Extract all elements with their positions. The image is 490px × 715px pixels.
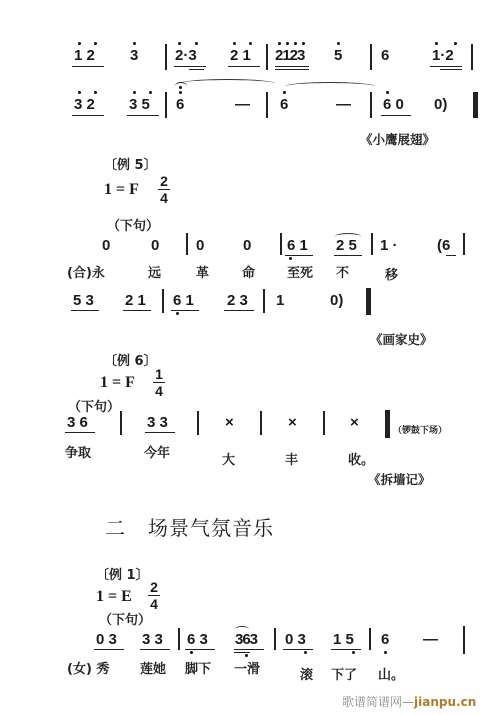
high-octave-dot (233, 42, 236, 45)
lyric: (女) 秀 (67, 658, 109, 677)
barline (120, 411, 122, 435)
note-group: 2 1 (125, 293, 146, 309)
note: 6 (381, 48, 389, 64)
note-group: 2 3 (227, 293, 248, 309)
end-barline (473, 92, 478, 118)
barline (323, 411, 325, 435)
lyric: 至死 (287, 262, 313, 281)
underline (446, 255, 456, 256)
note: 1 · (380, 238, 398, 254)
underline (275, 66, 309, 67)
note: 5 (334, 48, 342, 64)
high-octave-dot (283, 91, 286, 94)
lyric: 脚下 (185, 658, 211, 677)
dash: — (423, 632, 438, 648)
underline (171, 310, 199, 311)
source-title: 《小鹰展翅》 (360, 130, 435, 148)
lyric: (合)永 (67, 262, 105, 281)
barline (463, 626, 465, 654)
barline (260, 411, 262, 435)
barline (280, 233, 282, 255)
example-label: 〔例 5〕 (104, 154, 157, 173)
lyric: 移 (385, 264, 398, 283)
rest-mark: × (225, 415, 234, 431)
high-octave-dot (337, 42, 340, 45)
time-signature: 1 4 (153, 367, 165, 398)
tie-arc (180, 79, 275, 88)
note-group: 3 3 (142, 632, 163, 648)
lyric: 山。 (378, 664, 404, 683)
key-signature: 1 = F (100, 374, 135, 392)
lyric: 争取 (65, 442, 91, 461)
high-octave-dot (178, 42, 181, 45)
note: 1 (276, 293, 284, 309)
example-label: 〔例 6〕 (104, 350, 157, 369)
watermark-domain: jianpu.cn (414, 695, 476, 709)
underline (145, 432, 175, 433)
high-octave-dot (454, 42, 457, 45)
barline (266, 92, 268, 118)
rest-mark: × (350, 415, 359, 431)
underline (275, 69, 309, 70)
note-group: 2·3 (175, 48, 197, 64)
underline (234, 649, 264, 650)
key-signature: 1 = E (96, 588, 132, 606)
rest-mark: × (288, 415, 297, 431)
lyric: 革 (196, 262, 209, 281)
note: 6 (176, 97, 184, 113)
note: 0) (434, 97, 447, 113)
lyric: 今年 (144, 442, 170, 461)
section-title: 场景气氛音乐 (148, 512, 274, 541)
time-sig-top: 1 (153, 367, 165, 381)
dash: — (336, 97, 351, 113)
barline (274, 628, 276, 650)
lyric: 丰 (285, 449, 298, 468)
barline (471, 44, 473, 70)
high-octave-dot (302, 42, 305, 45)
note: 6 (381, 632, 389, 648)
note: 6 (280, 97, 288, 113)
end-barline (385, 410, 390, 438)
underline (283, 649, 313, 650)
barline (162, 289, 164, 313)
source-title: 《画家史》 (370, 330, 433, 348)
lyric: 收。 (348, 449, 374, 468)
note-group: 3 6 (67, 415, 88, 431)
note-group: 363 (235, 632, 257, 648)
key-signature: 1 = F (104, 181, 139, 199)
lyric: 不 (336, 262, 349, 281)
note-group: 3 3 (147, 415, 168, 431)
phrase-label: （下句） (107, 215, 159, 234)
barline (370, 44, 372, 70)
note-group: 0 3 (285, 632, 306, 648)
source-title: 《拆墙记》 (368, 470, 431, 488)
high-octave-dot (78, 91, 81, 94)
low-octave-dot (289, 257, 292, 260)
high-octave-dot (78, 42, 81, 45)
note-group: 3 2 (74, 97, 95, 113)
lyric: 命 (242, 262, 255, 281)
high-octave-dot (179, 91, 182, 94)
underline (234, 652, 250, 653)
dash: — (235, 97, 250, 113)
section-number: 二 (105, 512, 126, 541)
note-group: 1·2 (432, 48, 454, 64)
high-octave-dot (435, 42, 438, 45)
underline (185, 649, 215, 650)
lyric: 下了 (331, 664, 357, 683)
underline (189, 69, 204, 70)
note-group: 6 1 (173, 293, 194, 309)
underline (140, 649, 170, 650)
note-group: 2123 (275, 48, 304, 64)
underline (71, 310, 99, 311)
underline (72, 66, 104, 67)
note-group: 6 3 (187, 632, 208, 648)
note: 0 (243, 238, 251, 254)
underline (331, 649, 361, 650)
watermark: 歌谱简谱网—jianpu.cn (342, 693, 476, 710)
barline (263, 289, 265, 313)
tie-arc (285, 82, 375, 91)
time-signature: 2 4 (158, 174, 170, 205)
high-octave-dot (286, 42, 289, 45)
note-group: 1 5 (333, 632, 354, 648)
barline (165, 92, 167, 118)
barline (178, 628, 180, 650)
underline (334, 255, 362, 256)
high-octave-dot (195, 42, 198, 45)
lyric: 莲她 (140, 658, 166, 677)
barline (165, 44, 167, 70)
lyric: 远 (148, 262, 161, 281)
low-octave-dot (384, 651, 387, 654)
end-barline (366, 288, 371, 315)
low-octave-dot (304, 651, 307, 654)
lyric: 大 (222, 449, 235, 468)
high-octave-dot (294, 42, 297, 45)
low-octave-dot (245, 654, 248, 657)
time-sig-bottom: 4 (158, 191, 170, 205)
note-group: 2 1 (230, 48, 251, 64)
time-sig-top: 2 (148, 580, 160, 594)
underline (72, 115, 104, 116)
watermark-text: 歌谱简谱网 (342, 695, 402, 709)
underline (430, 66, 462, 67)
high-octave-dot (133, 42, 136, 45)
note-group: 1 2 (74, 48, 95, 64)
high-octave-dot (249, 42, 252, 45)
phrase-label: （下句） (68, 396, 120, 415)
note: 0 (102, 238, 110, 254)
low-octave-dot (190, 651, 193, 654)
time-sig-bottom: 4 (153, 384, 165, 398)
high-octave-dot (94, 42, 97, 45)
underline (123, 310, 151, 311)
note: 3 (130, 48, 138, 64)
time-signature: 2 4 (148, 580, 160, 611)
lyric: 滚 (300, 664, 313, 683)
note-group: 6 0 (383, 97, 404, 113)
barline (463, 233, 465, 255)
note-group: 2 5 (336, 238, 357, 254)
high-octave-dot (386, 91, 389, 94)
annotation: （锣鼓下场） (393, 423, 447, 436)
time-sig-top: 2 (158, 174, 170, 188)
underline (94, 649, 124, 650)
note-group: 6 1 (287, 238, 308, 254)
high-octave-dot (149, 91, 152, 94)
underline (174, 66, 206, 67)
note: (6 (437, 238, 450, 254)
underline (224, 310, 254, 311)
underline (440, 69, 462, 70)
example-label: 〔例 1〕 (96, 564, 149, 583)
low-octave-dot (176, 312, 179, 315)
underline (381, 115, 411, 116)
high-octave-dot (278, 42, 281, 45)
underline (228, 66, 260, 67)
underline (65, 432, 95, 433)
barline (371, 233, 373, 255)
barline (186, 233, 188, 255)
barline (266, 44, 268, 70)
note: 0 (196, 238, 204, 254)
high-octave-dot (94, 91, 97, 94)
note: 0) (330, 293, 343, 309)
low-octave-dot (352, 651, 355, 654)
phrase-label: （下句） (99, 609, 151, 628)
note-group: 0 3 (96, 632, 117, 648)
note: 0 (151, 238, 159, 254)
underline (127, 115, 159, 116)
high-octave-dot (133, 91, 136, 94)
note-group: 5 3 (73, 293, 94, 309)
barline (369, 628, 371, 650)
barline (370, 92, 372, 118)
note-group: 3 5 (129, 97, 150, 113)
barline (197, 411, 199, 435)
lyric: 一滑 (234, 658, 260, 677)
